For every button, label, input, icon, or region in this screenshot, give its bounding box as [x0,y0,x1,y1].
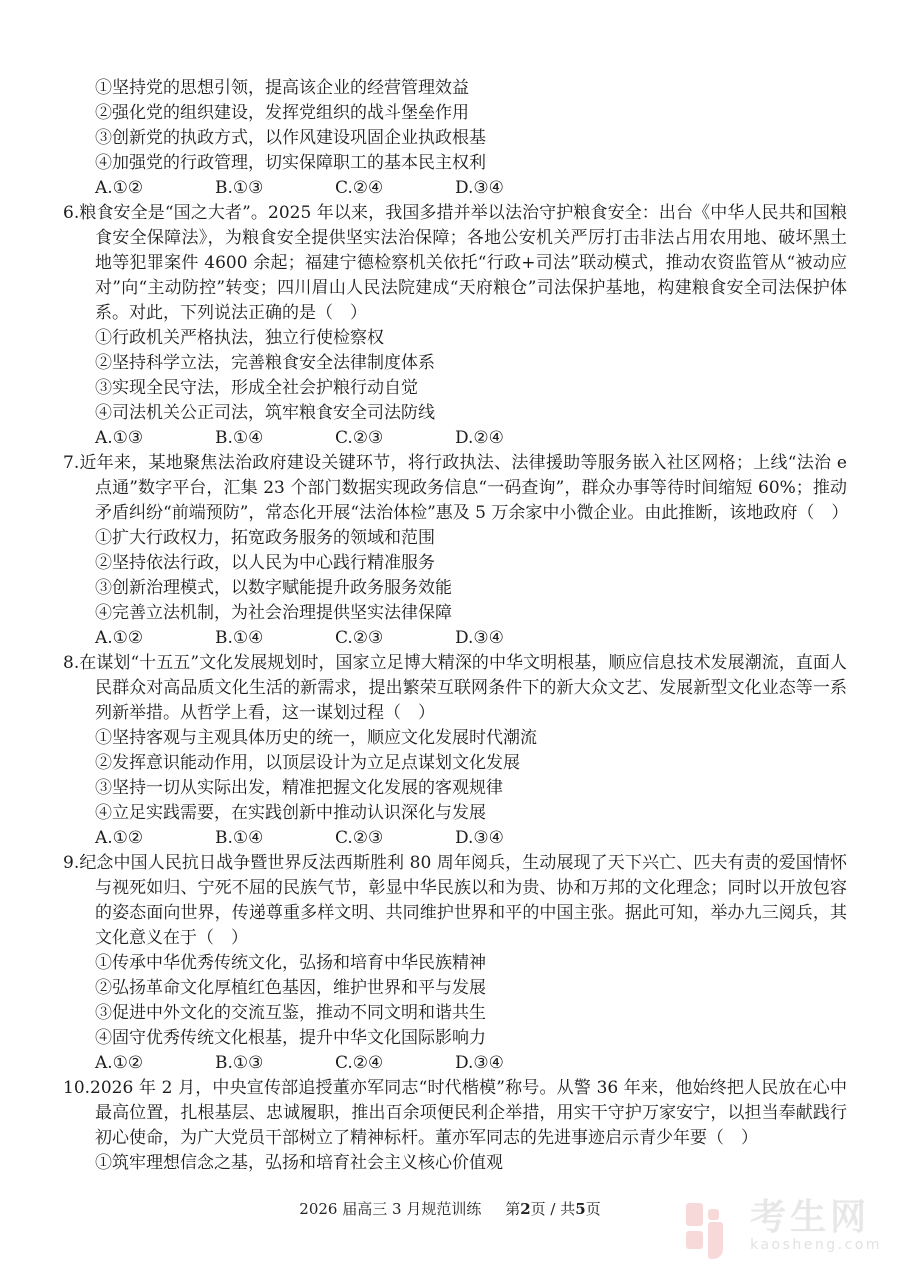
kaosheng-logo-icon [686,1201,742,1259]
option-line: ②发挥意识能动作用，以顶层设计为立足点谋划文化发展 [95,751,847,776]
question-stem: 6.粮食安全是“国之大者”。2025 年以来，我国多措并举以法治守护粮食安全：出… [63,201,847,326]
watermark-texts: 考生网 kaosheng.com [750,1199,882,1253]
question-number: 7. [63,453,79,473]
footer-page-number: 2 [520,1200,530,1218]
choices-row: A.①②B.①③C.②④D.③④ [95,176,847,201]
choice-item: D.③④ [455,1051,504,1076]
question: 9.纪念中国人民抗日战争暨世界反法西斯胜利 80 周年阅兵，生动展现了天下兴亡、… [63,851,847,1076]
exam-page-content: ①坚持党的思想引领，提高该企业的经营管理效益②强化党的组织建设，发挥党组织的战斗… [63,76,847,1176]
option-line: ④固守优秀传统文化根基，提升中华文化国际影响力 [95,1026,847,1051]
option-line: ①坚持客观与主观具体历史的统一，顺应文化发展时代潮流 [95,726,847,751]
choices-row: A.①②B.①③C.②④D.③④ [95,1051,847,1076]
logo-block [686,1231,703,1249]
question-number: 10. [63,1078,90,1098]
footer-page-suffix: 页 [586,1200,601,1218]
option-line: ①行政机关严格执法，独立行使检察权 [95,326,847,351]
questions: ①坚持党的思想引领，提高该企业的经营管理效益②强化党的组织建设，发挥党组织的战斗… [63,76,847,1176]
watermark-domain: kaosheng.com [750,1237,882,1253]
choice-item: A.①② [95,826,215,851]
footer-page-total: 5 [575,1200,585,1218]
option-line: ②坚持科学立法，完善粮食安全法律制度体系 [95,351,847,376]
choice-item: C.②③ [335,426,455,451]
choice-item: A.①② [95,1051,215,1076]
question-number: 6. [63,203,79,223]
choice-item: B.①④ [215,826,335,851]
watermark-brand: 考生网 [750,1199,882,1237]
question-stem: 10.2026 年 2 月，中央宣传部追授董亦军同志“时代楷模”称号。从警 36… [63,1076,847,1151]
option-line: ④立足实践需要，在实践创新中推动认识深化与发展 [95,801,847,826]
choice-item: B.①③ [215,176,335,201]
question-stem-text: 粮食安全是“国之大者”。2025 年以来，我国多措并举以法治守护粮食安全：出台《… [79,203,847,323]
choice-item: B.①④ [215,426,335,451]
question: 7.近年来，某地聚焦法治政府建设关键环节，将行政执法、法律援助等服务嵌入社区网格… [63,451,847,651]
choice-item: D.③④ [455,176,504,201]
choice-item: C.②④ [335,1051,455,1076]
choices-row: A.①②B.①④C.②③D.③④ [95,626,847,651]
question-number: 9. [63,853,79,873]
option-line: ③创新党的执政方式，以作风建设巩固企业执政根基 [95,126,847,151]
question: ①坚持党的思想引领，提高该企业的经营管理效益②强化党的组织建设，发挥党组织的战斗… [63,76,847,201]
choice-item: B.①④ [215,626,335,651]
option-line: ④司法机关公正司法，筑牢粮食安全司法防线 [95,401,847,426]
option-line: ③坚持一切从实际出发，精准把握文化发展的客观规律 [95,776,847,801]
footer-spacer [486,1200,500,1218]
logo-block [686,1203,703,1226]
logo-block [708,1222,723,1259]
choices-row: A.①③B.①④C.②③D.②④ [95,426,847,451]
question: 10.2026 年 2 月，中央宣传部追授董亦军同志“时代楷模”称号。从警 36… [63,1076,847,1176]
choice-item: D.②④ [455,426,504,451]
choice-item: C.②③ [335,826,455,851]
choice-item: B.①③ [215,1051,335,1076]
question-stem: 7.近年来，某地聚焦法治政府建设关键环节，将行政执法、法律援助等服务嵌入社区网格… [63,451,847,526]
question: 8.在谋划“十五五”文化发展规划时，国家立足博大精深的中华文明根基，顺应信息技术… [63,651,847,851]
option-line: ①坚持党的思想引领，提高该企业的经营管理效益 [95,76,847,101]
choice-item: D.③④ [455,826,504,851]
option-line: ②坚持依法行政，以人民为中心践行精准服务 [95,551,847,576]
question-stem-text: 近年来，某地聚焦法治政府建设关键环节，将行政执法、法律援助等服务嵌入社区网格；上… [79,453,848,523]
footer-page-mid: 页 / 共 [531,1200,576,1218]
option-line: ②强化党的组织建设，发挥党组织的战斗堡垒作用 [95,101,847,126]
choice-item: A.①③ [95,426,215,451]
option-line: ①筑牢理想信念之基，弘扬和培育社会主义核心价值观 [95,1151,847,1176]
question-stem-text: 在谋划“十五五”文化发展规划时，国家立足博大精深的中华文明根基，顺应信息技术发展… [79,653,847,723]
question-stem: 9.纪念中国人民抗日战争暨世界反法西斯胜利 80 周年阅兵，生动展现了天下兴亡、… [63,851,847,951]
footer-title: 2026 届高三 3 月规范训练 [299,1200,481,1218]
option-line: ①扩大行政权力，拓宽政务服务的领域和范围 [95,526,847,551]
choice-item: A.①② [95,176,215,201]
footer-page-prefix: 第 [505,1200,520,1218]
choice-item: C.②④ [335,176,455,201]
question-stem-text: 纪念中国人民抗日战争暨世界反法西斯胜利 80 周年阅兵，生动展现了天下兴亡、匹夫… [79,853,847,948]
option-line: ④加强党的行政管理，切实保障职工的基本民主权利 [95,151,847,176]
choice-item: A.①② [95,626,215,651]
question-stem: 8.在谋划“十五五”文化发展规划时，国家立足博大精深的中华文明根基，顺应信息技术… [63,651,847,726]
question-number: 8. [63,653,79,673]
choice-item: C.②③ [335,626,455,651]
kaosheng-watermark: 考生网 kaosheng.com [686,1199,882,1259]
option-line: ③实现全民守法，形成全社会护粮行动自觉 [95,376,847,401]
logo-block [708,1209,719,1220]
choices-row: A.①②B.①④C.②③D.③④ [95,826,847,851]
question-stem-text: 2026 年 2 月，中央宣传部追授董亦军同志“时代楷模”称号。从警 36 年来… [90,1078,847,1148]
choice-item: D.③④ [455,626,504,651]
option-line: ②弘扬革命文化厚植红色基因，维护世界和平与发展 [95,976,847,1001]
question: 6.粮食安全是“国之大者”。2025 年以来，我国多措并举以法治守护粮食安全：出… [63,201,847,451]
option-line: ①传承中华优秀传统文化，弘扬和培育中华民族精神 [95,951,847,976]
option-line: ④完善立法机制，为社会治理提供坚实法律保障 [95,601,847,626]
option-line: ③促进中外文化的交流互鉴，推动不同文明和谐共生 [95,1001,847,1026]
option-line: ③创新治理模式，以数字赋能提升政务服务效能 [95,576,847,601]
